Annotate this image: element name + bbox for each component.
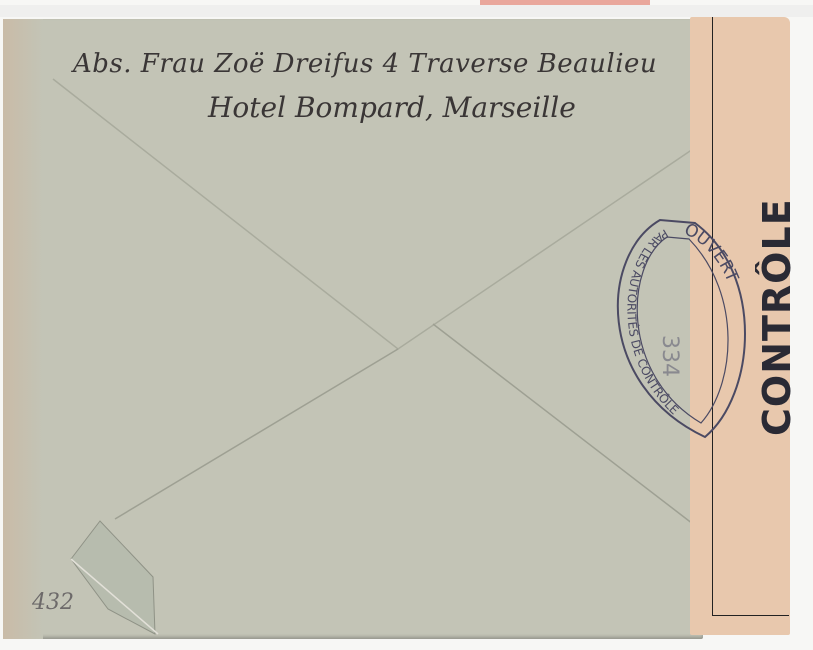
- svg-text:PAR LES AUTORITÉS DE CONTRÔLE: PAR LES AUTORITÉS DE CONTRÔLE: [624, 226, 681, 417]
- background-strip: [0, 5, 813, 17]
- envelope-back: Abs. Frau Zoë Dreifus 4 Traverse Beaulie…: [3, 19, 703, 639]
- censor-label-text: CONTRÔLE: [762, 157, 792, 477]
- sender-address-line2: Hotel Bompard, Marseille: [208, 91, 576, 124]
- pencil-note: 432: [32, 590, 74, 615]
- svg-text:334: 334: [657, 335, 682, 377]
- svg-text:OUVERT: OUVERT: [681, 220, 742, 286]
- censor-stamp-icon: PAR LES AUTORITÉS DE CONTRÔLE OUVERT 334: [605, 215, 755, 440]
- sender-address-line1: Abs. Frau Zoë Dreifus 4 Traverse Beaulie…: [73, 49, 657, 79]
